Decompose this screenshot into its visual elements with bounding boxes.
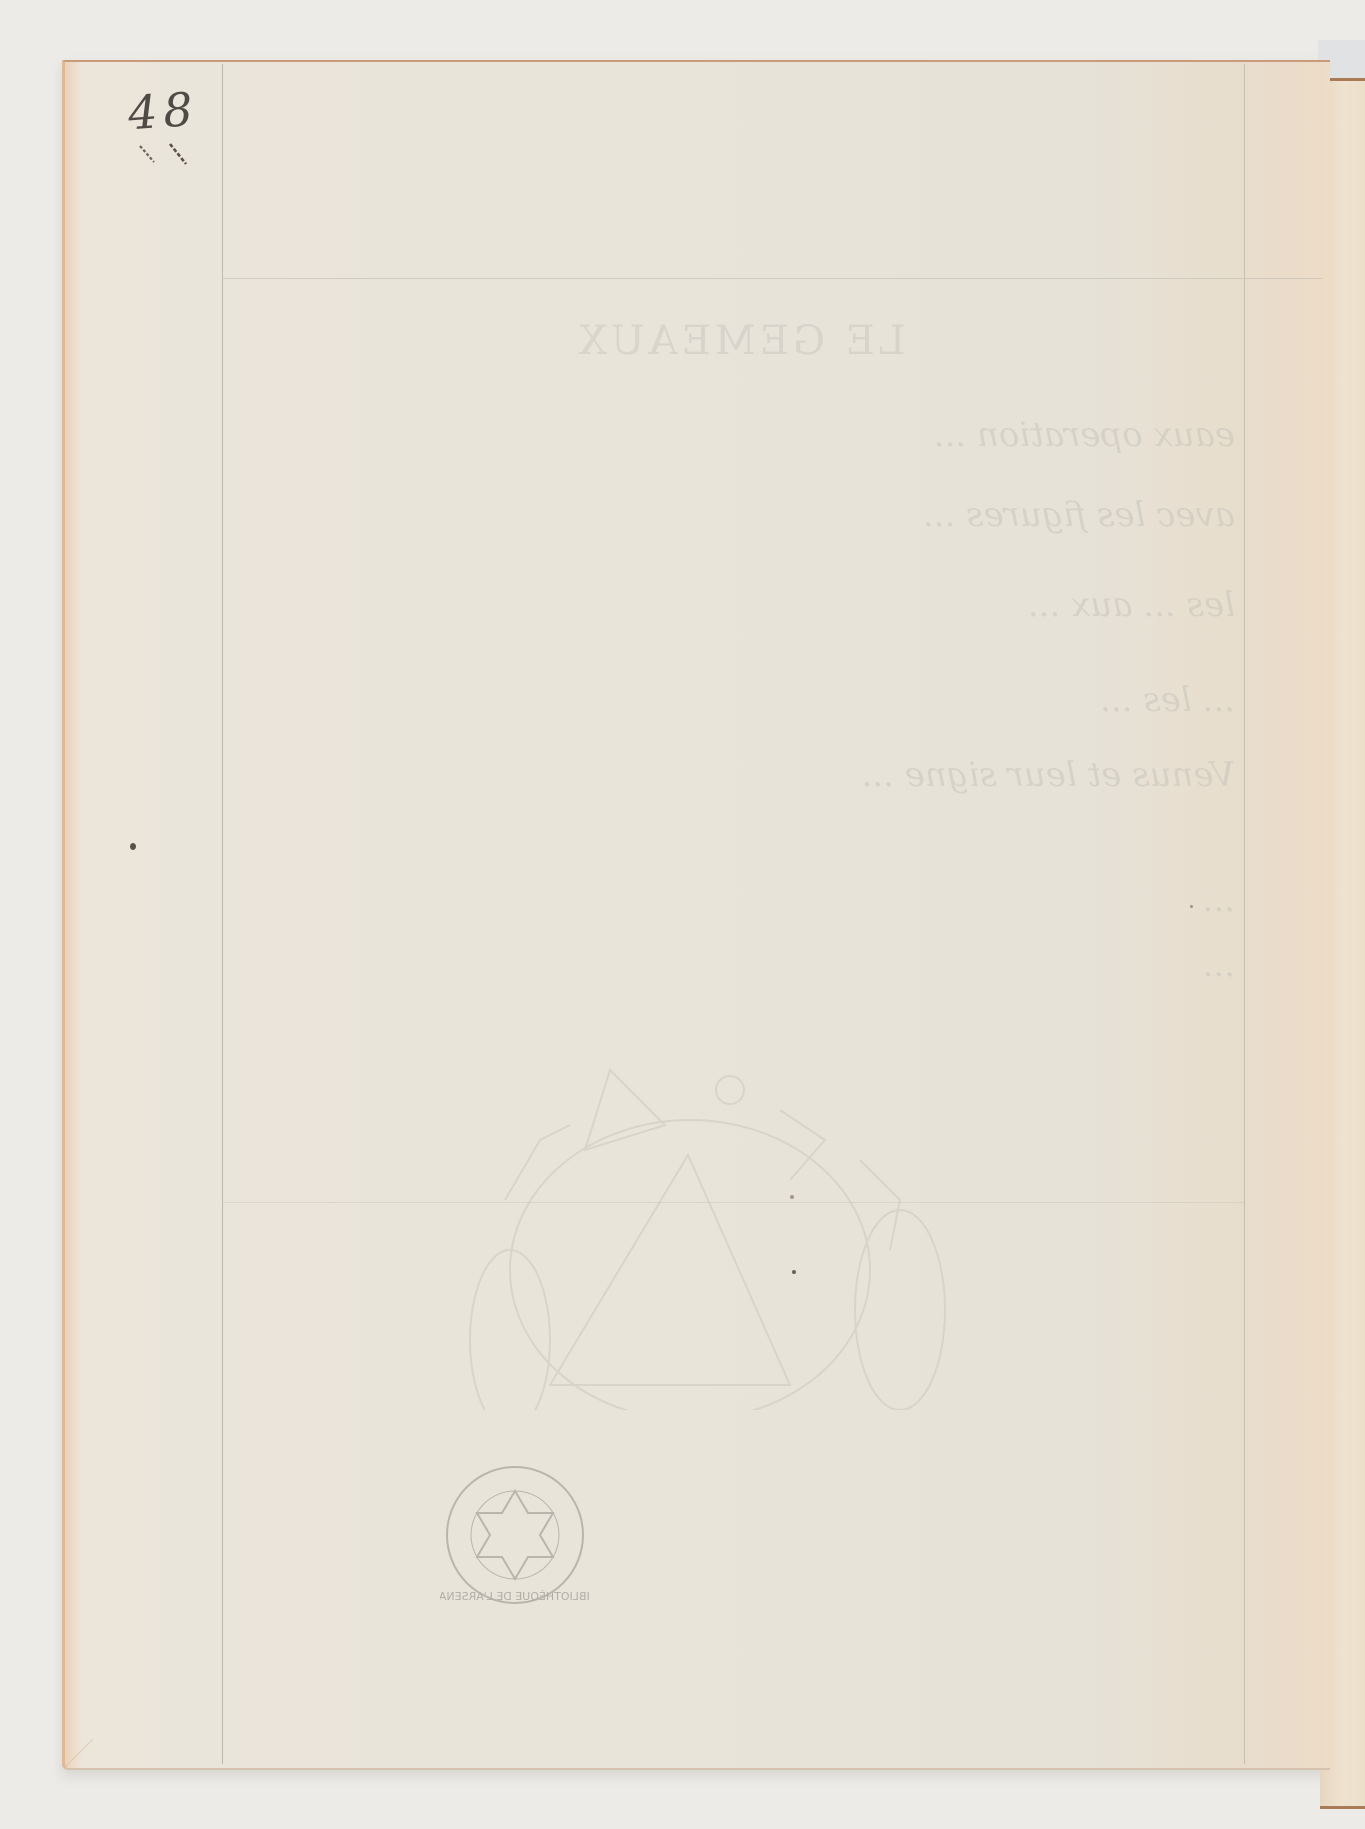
bleed-through-line: les ... aux ...	[235, 585, 1235, 625]
library-stamp: BIBLIOTHÈQUE DE L'ARSENAL	[440, 1460, 590, 1610]
paper-speck	[792, 1270, 796, 1274]
bleed-through-title: LE GEMEAUX	[540, 318, 940, 364]
paper-speck	[790, 1195, 794, 1199]
left-margin-rule	[222, 64, 223, 1764]
geometric-diagram	[430, 990, 990, 1410]
bleed-through-line: ... les ...	[235, 680, 1235, 720]
folio-dash-marks	[136, 140, 196, 170]
bleed-through-line: ...	[235, 945, 1235, 985]
bleed-through-line: ...	[235, 880, 1235, 920]
top-frame-rule	[222, 278, 1322, 279]
paper-speck	[130, 843, 136, 850]
bleed-through-line: eaux operation ...	[235, 415, 1235, 455]
right-margin-rule	[1244, 64, 1245, 1764]
folio-number: 48	[126, 82, 200, 141]
bleed-through-line: Venus et leur signe ...	[235, 755, 1235, 795]
stamp-label: BIBLIOTHÈQUE DE L'ARSENAL	[440, 1590, 590, 1603]
bleed-through-line: avec les figures ...	[235, 495, 1235, 535]
paper-speck	[1190, 905, 1193, 908]
